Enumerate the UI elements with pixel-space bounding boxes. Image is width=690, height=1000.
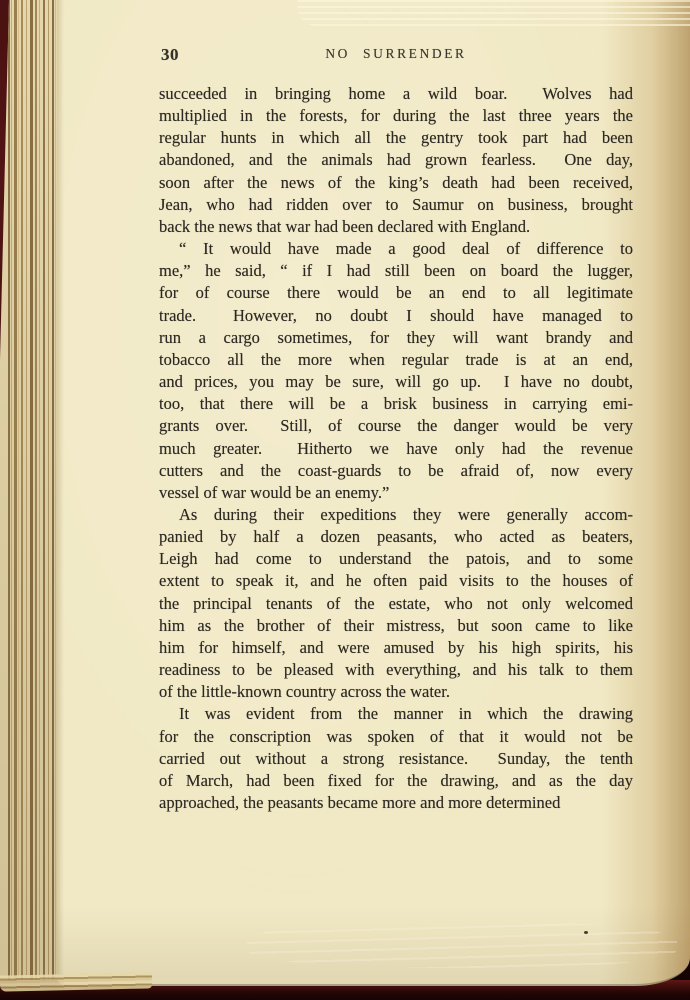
text-line: approached, the peasants became more and… — [159, 792, 633, 814]
text-line: Jean, who had ridden over to Saumur on b… — [159, 194, 633, 216]
text-line: grants over. Still, of course the danger… — [159, 415, 633, 437]
text-line: Leigh had come to understand the patois,… — [159, 548, 633, 570]
text-line: much greater. Hitherto we have only had … — [159, 438, 633, 460]
text-line: for of course there would be an end to a… — [159, 282, 633, 304]
text-line: As during their expeditions they were ge… — [159, 504, 633, 526]
text-line: readiness to be pleased with everything,… — [159, 659, 633, 681]
text-line: him for himself, and were amused by his … — [159, 637, 633, 659]
text-line: regular hunts in which all the gentry to… — [159, 127, 633, 149]
text-line: abandoned, and the animals had grown fea… — [159, 149, 633, 171]
text-line: the principal tenants of the estate, who… — [159, 593, 633, 615]
text-line: run a cargo sometimes, for they will wan… — [159, 327, 633, 349]
page-edge-wrap — [0, 972, 152, 991]
text-line: cutters and the coast-guards to be afrai… — [159, 460, 633, 482]
text-line: and prices, you may be sure, will go up.… — [159, 371, 633, 393]
text-line: extent to speak it, and he often paid vi… — [159, 570, 633, 592]
text-line: back the news that war had been declared… — [159, 216, 633, 238]
dust-speck — [584, 931, 588, 934]
text-line: It was evident from the manner in which … — [159, 703, 633, 725]
text-line: soon after the news of the king’s death … — [159, 172, 633, 194]
paper-streaks-top — [298, 0, 690, 26]
text-line: of March, had been fixed for the drawing… — [159, 770, 633, 792]
text-line: him as the brother of their mistress, bu… — [159, 615, 633, 637]
page-edge-stack — [0, 0, 58, 986]
text-line: me,” he said, “ if I had still been on b… — [159, 260, 633, 282]
text-line: succeeded in bringing home a wild boar. … — [159, 83, 633, 105]
page-number: 30 — [161, 45, 179, 65]
book-scan: 30 NO SURRENDER succeeded in bringing ho… — [0, 0, 690, 1000]
text-line: of the little-known country across the w… — [159, 681, 633, 703]
text-line: multiplied in the forests, for during th… — [159, 105, 633, 127]
text-line: tobacco all the more when regular trade … — [159, 349, 633, 371]
book-page: 30 NO SURRENDER succeeded in bringing ho… — [57, 0, 690, 986]
text-line: “ It would have made a good deal of diff… — [159, 238, 633, 260]
page-header: 30 NO SURRENDER — [159, 46, 633, 66]
text-line: too, that there will be a brisk business… — [159, 393, 633, 415]
text-line: vessel of war would be an enemy.” — [159, 482, 633, 504]
text-line: trade. However, no doubt I should have m… — [159, 305, 633, 327]
text-line: for the conscription was spoken of that … — [159, 726, 633, 748]
paper-streaks-bottom — [247, 922, 677, 968]
text-line: panied by half a dozen peasants, who act… — [159, 526, 633, 548]
text-line: carried out without a strong resistance.… — [159, 748, 633, 770]
running-header: NO SURRENDER — [159, 46, 633, 62]
page-text: succeeded in bringing home a wild boar. … — [159, 83, 633, 814]
